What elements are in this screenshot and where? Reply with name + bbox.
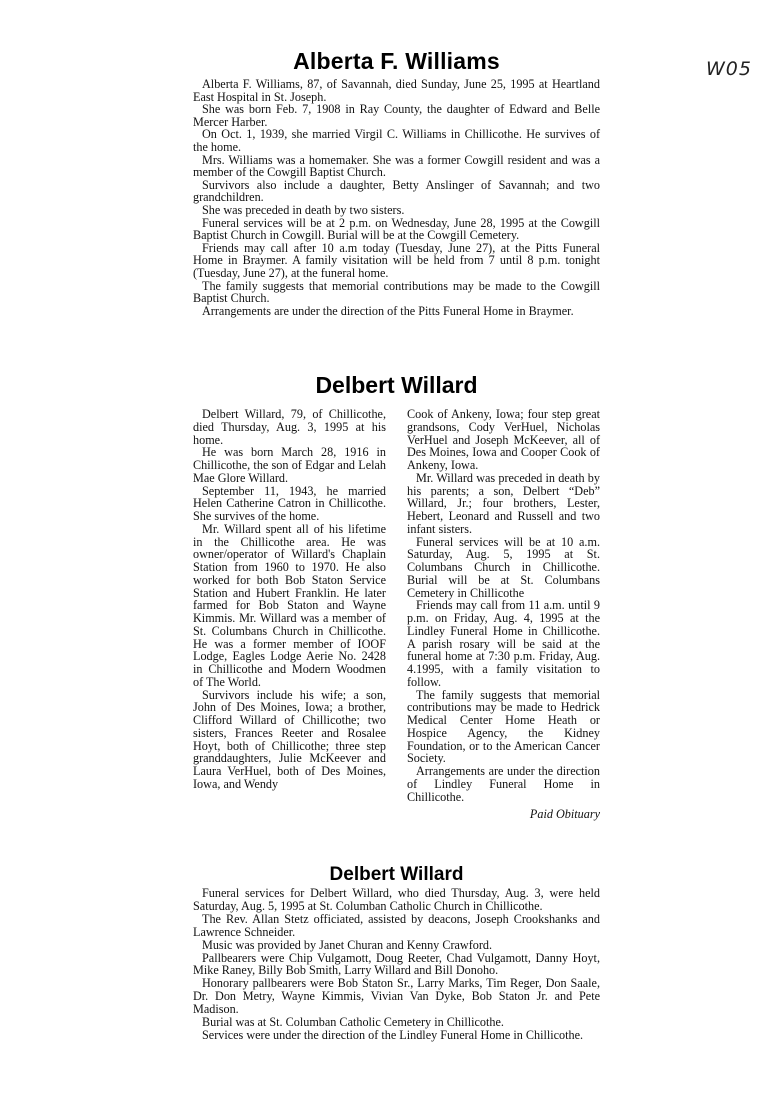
paragraph: Survivors also include a daughter, Betty… [193,179,600,204]
paragraph: Funeral services for Delbert Willard, wh… [193,887,600,913]
paragraph: She was preceded in death by two sisters… [193,204,600,217]
paragraph: Funeral services will be at 10 a.m. Satu… [407,536,600,600]
paragraph: The family suggests that memorial contri… [193,280,600,305]
paragraph: He was born March 28, 1916 in Chillicoth… [193,446,386,484]
right-column: Cook of Ankeny, Iowa; four step great gr… [407,408,600,822]
paragraph-continuation: Cook of Ankeny, Iowa; four step great gr… [407,408,600,472]
paragraph: Survivors include his wife; a son, John … [193,689,386,791]
paragraph: Honorary pallbearers were Bob Staton Sr.… [193,977,600,1016]
obituary-title: Delbert Willard [193,372,600,399]
paragraph: The Rev. Allan Stetz officiated, assiste… [193,913,600,939]
paragraph: Delbert Willard, 79, of Chillicothe, die… [193,408,386,446]
paragraph: Mrs. Williams was a homemaker. She was a… [193,154,600,179]
two-column-body: Delbert Willard, 79, of Chillicothe, die… [193,408,600,822]
left-column: Delbert Willard, 79, of Chillicothe, die… [193,408,386,822]
paragraph: Pallbearers were Chip Vulgamott, Doug Re… [193,952,600,978]
paragraph: Funeral services will be at 2 p.m. on We… [193,217,600,242]
paragraph: Mr. Willard spent all of his lifetime in… [193,523,386,689]
paragraph: Services were under the direction of the… [193,1029,600,1042]
scanned-page: W05 Alberta F. Williams Alberta F. Willi… [0,0,760,1100]
obituary-alberta-williams: Alberta F. Williams Alberta F. Williams,… [193,48,600,317]
margin-note: W05 [706,58,752,80]
paragraph: The family suggests that memorial contri… [407,689,600,766]
obituary-title: Delbert Willard [193,864,600,886]
paragraph: Arrangements are under the direction of … [407,765,600,803]
obituary-delbert-willard-services: Delbert Willard Funeral services for Del… [193,864,600,1042]
paragraph: On Oct. 1, 1939, she married Virgil C. W… [193,128,600,153]
paragraph: Friends may call after 10 a.m today (Tue… [193,242,600,280]
paragraph: She was born Feb. 7, 1908 in Ray County,… [193,103,600,128]
paragraph: Music was provided by Janet Churan and K… [193,939,600,952]
paragraph: Mr. Willard was preceded in death by his… [407,472,600,536]
paid-obituary-label: Paid Obituary [407,807,600,822]
paragraph: Friends may call from 11 a.m. until 9 p.… [407,599,600,688]
paragraph: Arrangements are under the direction of … [193,305,600,318]
paragraph: Alberta F. Williams, 87, of Savannah, di… [193,78,600,103]
obituary-title: Alberta F. Williams [193,48,600,75]
obituary-delbert-willard-paid: Delbert Willard Delbert Willard, 79, of … [193,372,600,822]
paragraph: September 11, 1943, he married Helen Cat… [193,485,386,523]
